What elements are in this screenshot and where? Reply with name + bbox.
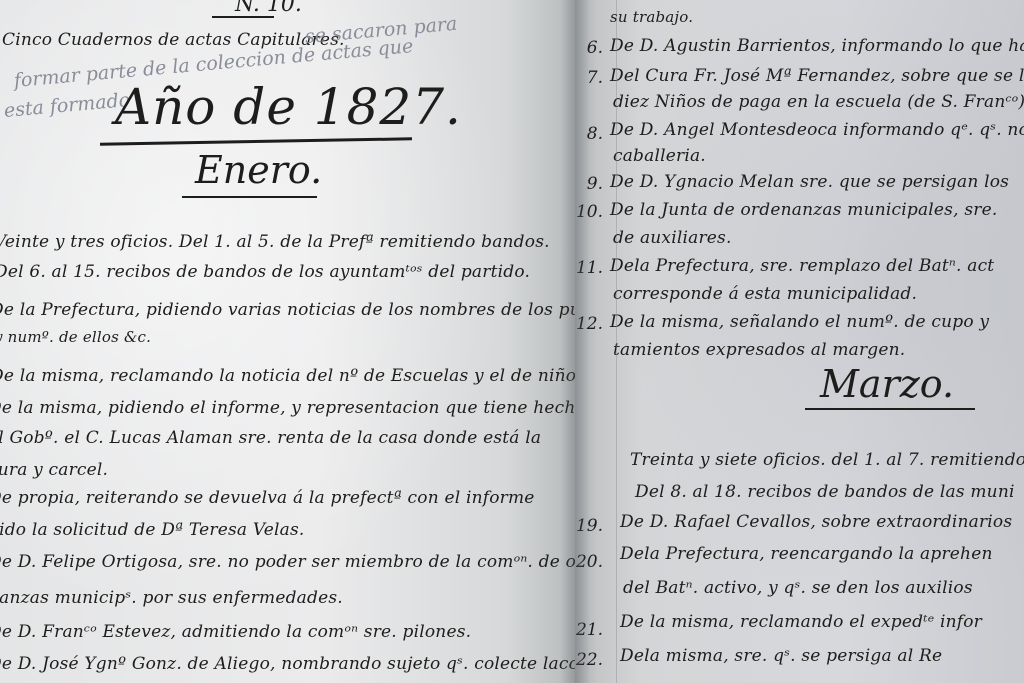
entry-line: pido la solicitud de Dª Teresa Velas.	[0, 520, 305, 540]
left-page: N. 10. Cinco Cuadernos de actas Capitula…	[0, 0, 575, 683]
marzo-underline	[805, 408, 975, 410]
entry-line: Del 6. al 15. recibos de bandos de los a…	[0, 262, 530, 282]
entry-line: De D. Franᶜᵒ Estevez, admitiendo la comᵒ…	[0, 622, 471, 642]
entry-line: De D. Rafael Cevallos, sobre extraordina…	[620, 512, 1012, 532]
entry-line: caballeria.	[613, 146, 706, 166]
entry-line: De la misma, reclamando el expedᵗᵉ infor	[620, 612, 982, 632]
year-heading-underline	[100, 137, 412, 145]
entry-line: De D. Ygnacio Melan sre. que se persigan…	[610, 172, 1009, 192]
entry-line: de auxiliares.	[613, 228, 732, 248]
book-gutter	[560, 0, 590, 683]
entry-line: Dela misma, sre. qˢ. se persiga al Re	[620, 646, 942, 666]
entry-line: Veinte y tres oficios. Del 1. al 5. de l…	[0, 232, 550, 252]
entry-line: Del 8. al 18. recibos de bandos de las m…	[635, 482, 1015, 502]
entry-line: Del Cura Fr. José Mª Fernandez, sobre qu…	[610, 66, 1024, 86]
entry-line: De la misma, reclamando la noticia del n…	[0, 366, 575, 386]
entry-line: corresponde á esta municipalidad.	[613, 284, 917, 304]
right-page-margin-rule	[616, 0, 617, 683]
entry-line: De D. José Ygnº Gonz. de Aliego, nombran…	[0, 654, 575, 674]
entry-line: Treinta y siete oficios. del 1. al 7. re…	[630, 450, 1024, 470]
entry-line: cura y carcel.	[0, 460, 108, 480]
year-heading: Año de 1827.	[115, 78, 462, 136]
entry-line: y numº. de ellos &c.	[0, 328, 151, 346]
entry-line: diez Niños de paga en la escuela (de S. …	[613, 92, 1024, 112]
entry-line: el Gobº. el C. Lucas Alaman sre. renta d…	[0, 428, 541, 448]
entry-line: del Batⁿ. activo, y qˢ. se den los auxil…	[623, 578, 973, 598]
right-page: su trabajo. 6. De D. Agustin Barrientos,…	[575, 0, 1024, 683]
entry-line: De propia, reiterando se devuelva á la p…	[0, 488, 535, 508]
page-number-underline	[212, 16, 274, 18]
entry-line: Dela Prefectura, reencargando la aprehen	[620, 544, 993, 564]
entry-line: nanzas municipˢ. por sus enfermedades.	[0, 588, 343, 608]
entry-line: Dela Prefectura, sre. remplazo del Batⁿ.…	[610, 256, 994, 276]
entry-line: De la misma, señalando el numº. de cupo …	[610, 312, 989, 332]
entry-line: De la Junta de ordenanzas municipales, s…	[610, 200, 997, 220]
entry-line: De D. Felipe Ortigosa, sre. no poder ser…	[0, 552, 575, 572]
month-heading-marzo: Marzo.	[820, 362, 954, 406]
page-number: N. 10.	[235, 0, 302, 17]
month-heading-underline	[182, 196, 317, 198]
entry-line: De la Prefectura, pidiendo varias notici…	[0, 300, 575, 320]
continuation-line: su trabajo.	[610, 8, 693, 26]
entry-line: De D. Angel Montesdeoca informando qᵉ. q…	[610, 120, 1024, 140]
entry-line: De D. Agustin Barrientos, informando lo …	[610, 36, 1024, 56]
month-heading-enero: Enero.	[195, 148, 322, 192]
open-ledger-book: N. 10. Cinco Cuadernos de actas Capitula…	[0, 0, 1024, 683]
pencil-note-line-3: esta formado	[3, 89, 131, 122]
entry-line: De la misma, pidiendo el informe, y repr…	[0, 398, 575, 418]
entry-line: tamientos expresados al margen.	[613, 340, 905, 360]
